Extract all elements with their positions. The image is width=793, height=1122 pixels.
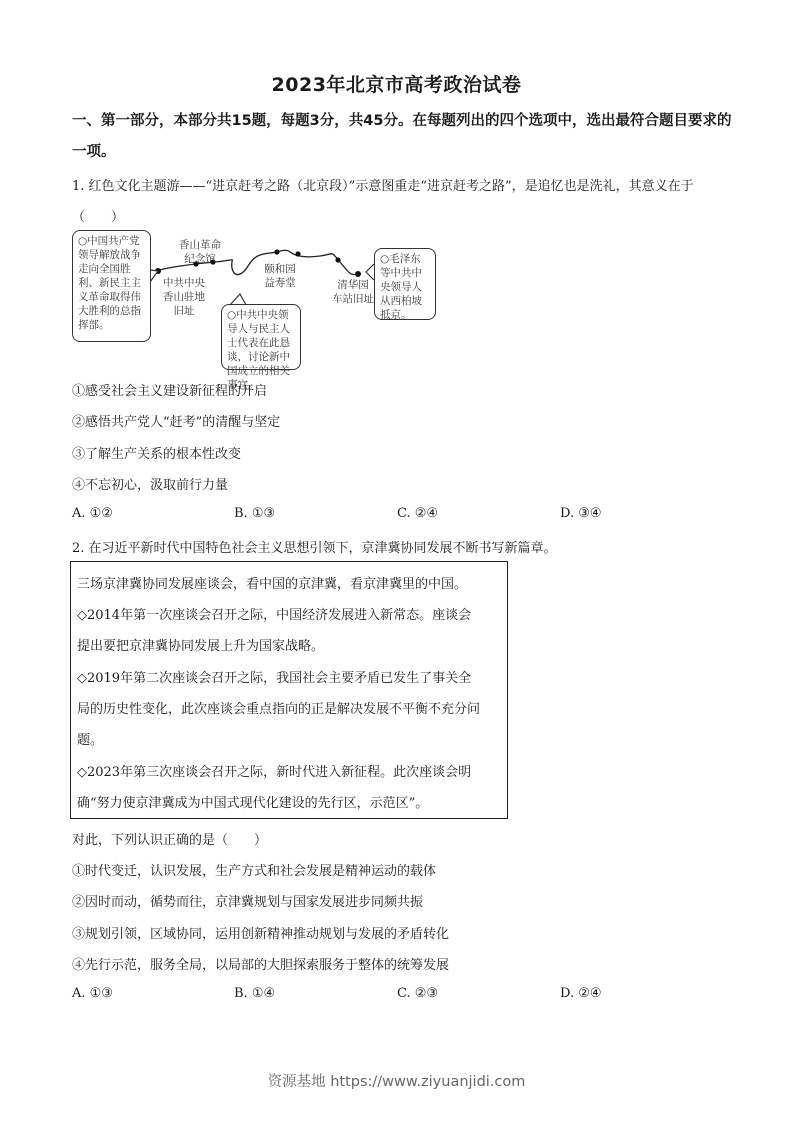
place-xiangshan-residence: 中共中央 香山驻地 旧址 bbox=[154, 276, 214, 318]
q1-option-c[interactable]: C. ②④ bbox=[397, 506, 438, 521]
q1-statement-2: ②感悟共产党人“赶考”的清醒与坚定 bbox=[72, 411, 280, 430]
box-line: 局的历史性变化，此次座谈会重点指向的正是解决发展不平衡不充分问 bbox=[77, 698, 480, 717]
route-diagram: ○中国共产党领导解放战争走向全国胜利、新民主主义革命取得伟大胜利的总指挥部。 香… bbox=[70, 226, 440, 374]
place-label: 香山驻地 bbox=[154, 290, 214, 304]
q1-statement-4: ④不忘初心，汲取前行力量 bbox=[72, 474, 228, 493]
q1-option-d[interactable]: D. ③④ bbox=[560, 506, 602, 521]
callout-text: ○中共中央领导人与民主人士代表在此恳谈，讨论新中国成立的相关事宜。 bbox=[227, 309, 290, 391]
callout-summer-palace: ○中共中央领导人与民主人士代表在此恳谈，讨论新中国成立的相关事宜。 bbox=[221, 304, 301, 370]
callout-text: ○毛泽东等中共中央领导人从西柏坡抵京。 bbox=[380, 253, 422, 321]
q1-statement-1: ①感受社会主义建设新征程的开启 bbox=[72, 380, 267, 399]
q1-option-b[interactable]: B. ①③ bbox=[234, 506, 275, 521]
place-label: 旧址 bbox=[154, 304, 214, 318]
q2-option-c[interactable]: C. ②③ bbox=[397, 986, 438, 1001]
box-line: ◇2014年第一次座谈会召开之际，中国经济发展进入新常态。座谈会 bbox=[77, 604, 471, 623]
section-heading: 一、第一部分，本部分共15题，每题3分，共45分。在每题列出的四个选项中，选出最… bbox=[72, 106, 732, 168]
place-label: 清华园 bbox=[330, 278, 376, 292]
place-label: 中共中央 bbox=[154, 276, 214, 290]
place-label: 车站旧址 bbox=[330, 292, 376, 306]
place-label: 香山革命 bbox=[170, 238, 230, 252]
box-line: 三场京津冀协同发展座谈会，看中国的京津冀，看京津冀里的中国。 bbox=[77, 573, 467, 592]
place-label: 益寿堂 bbox=[256, 276, 304, 290]
place-summer-palace: 颐和园 益寿堂 bbox=[256, 262, 304, 290]
q2-statement-1: ①时代变迁，认识发展，生产方式和社会发展是精神运动的载体 bbox=[72, 860, 436, 879]
place-label: 颐和园 bbox=[256, 262, 304, 276]
q2-option-d[interactable]: D. ②④ bbox=[560, 986, 602, 1001]
q2-stem: 2. 在习近平新时代中国特色社会主义思想引领下，京津冀协同发展不断书写新篇章。 bbox=[72, 537, 557, 556]
box-line: 题。 bbox=[77, 729, 103, 748]
q2-question: 对此，下列认识正确的是（ ） bbox=[72, 829, 267, 848]
page-title: 2023年北京市高考政治试卷 bbox=[0, 70, 793, 97]
box-line: 提出要把京津冀协同发展上升为国家战略。 bbox=[77, 635, 324, 654]
q2-statement-2: ②因时而动，循势而往，京津冀规划与国家发展进步同频共振 bbox=[72, 891, 423, 910]
place-label: 纪念馆 bbox=[170, 252, 230, 266]
callout-xiangshan: ○中国共产党领导解放战争走向全国胜利、新民主主义革命取得伟大胜利的总指挥部。 bbox=[72, 230, 151, 342]
q1-options: A. ①② B. ①③ C. ②④ D. ③④ bbox=[72, 506, 732, 526]
q1-stem: 1. 红色文化主题游——“进京赶考之路（北京段）”示意图重走“进京赶考之路”，是… bbox=[72, 171, 732, 233]
place-tsinghua-station: 清华园 车站旧址 bbox=[330, 278, 376, 306]
place-xiangshan-museum: 香山革命 纪念馆 bbox=[170, 238, 230, 266]
box-line: ◇2023年第三次座谈会召开之际，新时代进入新征程。此次座谈会明 bbox=[77, 761, 471, 780]
q2-options: A. ①③ B. ①④ C. ②③ D. ②④ bbox=[72, 986, 732, 1006]
q2-material-box: 三场京津冀协同发展座谈会，看中国的京津冀，看京津冀里的中国。 ◇2014年第一次… bbox=[70, 561, 508, 819]
callout-text: ○中国共产党领导解放战争走向全国胜利、新民主主义革命取得伟大胜利的总指挥部。 bbox=[78, 235, 141, 331]
footer-watermark[interactable]: 资源基地 https://www.ziyuanjidi.com bbox=[0, 1070, 793, 1091]
box-line: ◇2019年第二次座谈会召开之际，我国社会主要矛盾已发生了事关全 bbox=[77, 667, 471, 686]
box-line: 确“努力使京津冀成为中国式现代化建设的先行区，示范区”。 bbox=[77, 792, 428, 811]
q1-statement-3: ③了解生产关系的根本性改变 bbox=[72, 443, 241, 462]
q2-option-a[interactable]: A. ①③ bbox=[72, 986, 113, 1001]
q2-option-b[interactable]: B. ①④ bbox=[234, 986, 275, 1001]
callout-tsinghua: ○毛泽东等中共中央领导人从西柏坡抵京。 bbox=[374, 248, 436, 320]
q2-statement-4: ④先行示范，服务全局，以局部的大胆探索服务于整体的统筹发展 bbox=[72, 954, 449, 973]
q1-option-a[interactable]: A. ①② bbox=[72, 506, 113, 521]
q2-statement-3: ③规划引领，区域协同，运用创新精神推动规划与发展的矛盾转化 bbox=[72, 923, 449, 942]
